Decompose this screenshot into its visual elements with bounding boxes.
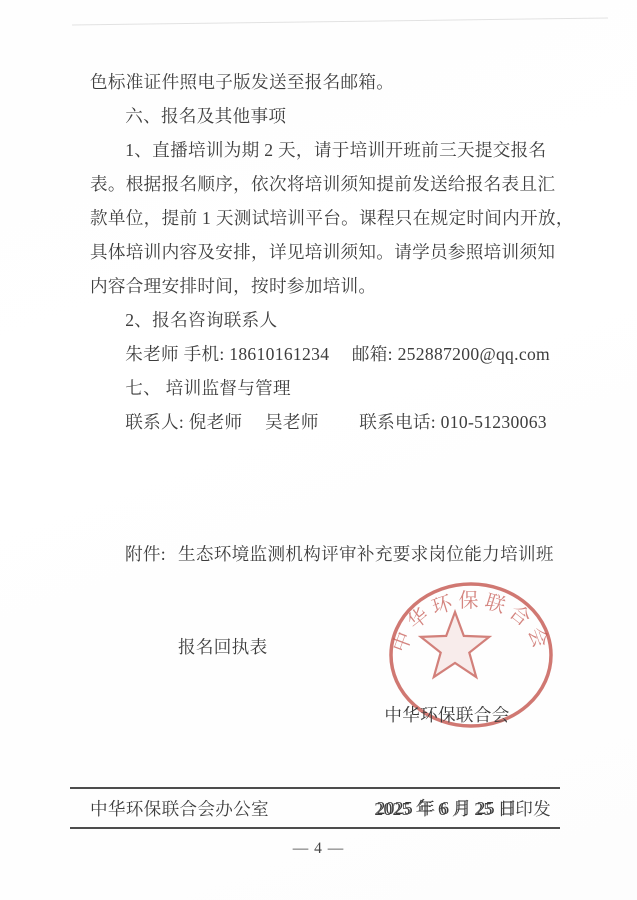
section-heading-6: 六、报名及其他事项 — [90, 99, 565, 133]
footer-rule-top — [70, 787, 560, 789]
contact-line-supervision: 联系人: 倪老师 吴老师 联系电话: 010-51230063 — [90, 405, 565, 439]
signature-org: 中华环保联合会 — [366, 700, 528, 731]
document-body: 色标准证件照电子版发送至报名邮箱。 六、报名及其他事项 1、直播培训为期 2 天… — [90, 65, 565, 439]
footer-rule-bottom — [70, 827, 560, 829]
body-line: 款单位，提前 1 天测试培训平台。课程只在规定时间内开放， — [90, 201, 565, 235]
attachment-line1: 附件:生态环境监测机构评审补充要求岗位能力培训班 — [125, 539, 554, 570]
scan-artifact-line — [72, 17, 608, 25]
body-line: 具体培训内容及安排，详见培训须知。请学员参照培训须知 — [90, 235, 565, 269]
page-number: — 4 — — [0, 840, 637, 858]
body-line: 表。根据报名顺序，依次将培训须知提前发送给报名表且汇 — [90, 167, 565, 201]
section-heading-7: 七、 培训监督与管理 — [90, 371, 565, 405]
body-line: 2、报名咨询联系人 — [90, 303, 565, 337]
body-line: 色标准证件照电子版发送至报名邮箱。 — [90, 65, 565, 99]
attachment-title-part1: 生态环境监测机构评审补充要求岗位能力培训班 — [178, 544, 554, 564]
footer-row: 中华环保联合会办公室 2025 年 6 月 25 日印发 — [90, 796, 551, 821]
body-line: 内容合理安排时间，按时参加培训。 — [90, 269, 565, 303]
footer-office: 中华环保联合会办公室 — [90, 796, 269, 821]
body-line: 1、直播培训为期 2 天，请于培训开班前三天提交报名 — [90, 133, 565, 167]
footer-issue-date: 2025 年 6 月 25 日印发 — [374, 796, 551, 821]
scanned-document-page: 色标准证件照电子版发送至报名邮箱。 六、报名及其他事项 1、直播培训为期 2 天… — [0, 0, 637, 900]
attachment-label: 附件: — [125, 544, 166, 564]
contact-line-registration: 朱老师 手机: 18610161234 邮箱: 252887200@qq.com — [90, 337, 565, 371]
